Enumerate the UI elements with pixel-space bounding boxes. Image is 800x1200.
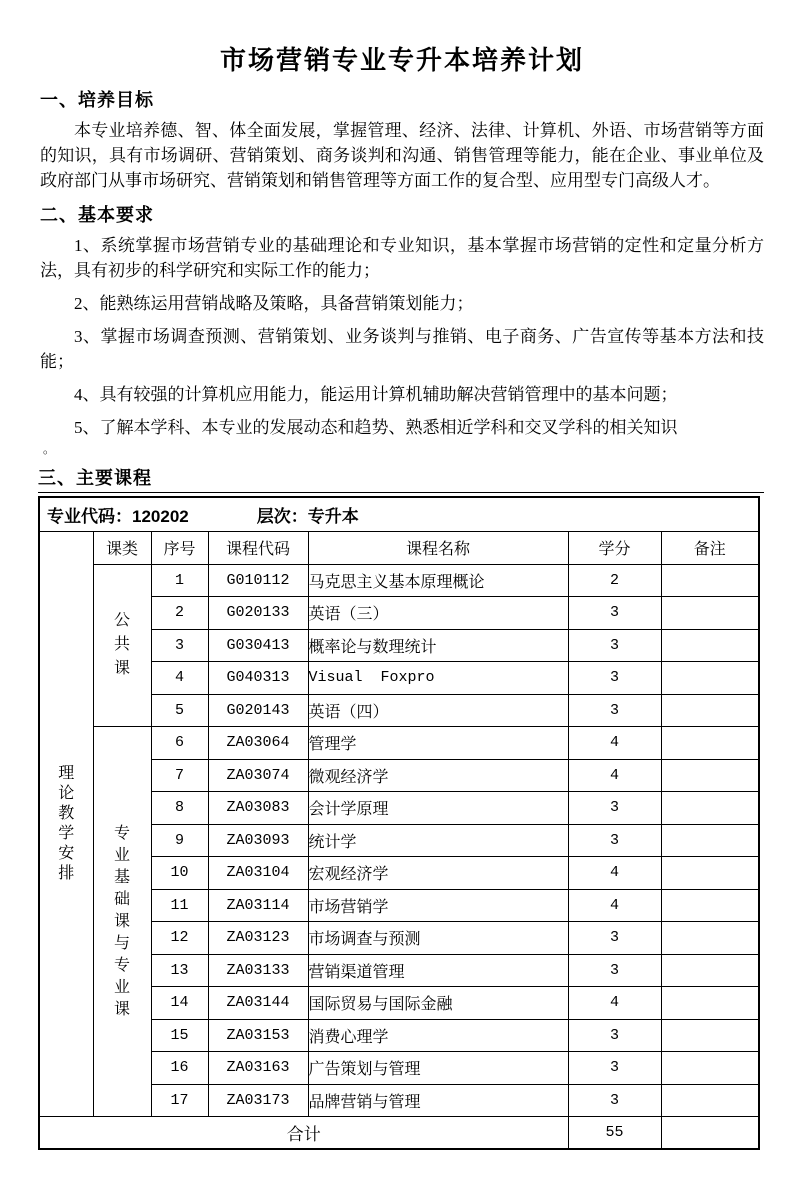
cell-num: 11 (151, 889, 208, 922)
cell-name: 英语（三） (308, 597, 568, 630)
cell-code: ZA03133 (208, 954, 308, 987)
section-requirements-heading: 二、基本要求 (40, 205, 764, 225)
cell-num: 17 (151, 1084, 208, 1117)
document-title: 市场营销专业专升本培养计划 (40, 46, 764, 74)
cell-num: 1 (151, 564, 208, 597)
cell-credits: 2 (568, 564, 661, 597)
cell-credits: 3 (568, 629, 661, 662)
cell-credits: 3 (568, 792, 661, 825)
cell-note (661, 662, 759, 695)
cell-note (661, 954, 759, 987)
level-value: 专升本 (308, 507, 359, 526)
header-seq-no: 序号 (151, 531, 208, 564)
cell-name: 广告策划与管理 (308, 1052, 568, 1085)
cell-num: 12 (151, 922, 208, 955)
cell-name: 品牌营销与管理 (308, 1084, 568, 1117)
cell-code: ZA03104 (208, 857, 308, 890)
cell-note (661, 1019, 759, 1052)
table-meta-row: 专业代码：120202层次：专升本 (39, 497, 759, 531)
cell-name: 宏观经济学 (308, 857, 568, 890)
cell-code: ZA03153 (208, 1019, 308, 1052)
cell-note (661, 629, 759, 662)
cell-credits: 3 (568, 694, 661, 727)
cell-note (661, 857, 759, 890)
course-group-label-1: 专业基础课与专业课 (93, 727, 151, 1117)
course-row-1: 公共课1G010112马克思主义基本原理概论2 (39, 564, 759, 597)
cell-note (661, 727, 759, 760)
cell-credits: 3 (568, 824, 661, 857)
cell-code: G030413 (208, 629, 308, 662)
cell-note (661, 824, 759, 857)
header-course-type: 课类 (93, 531, 151, 564)
cell-credits: 4 (568, 987, 661, 1020)
section-courses-heading: 三、主要课程 (38, 468, 764, 493)
cell-num: 16 (151, 1052, 208, 1085)
cell-num: 2 (151, 597, 208, 630)
cell-name: 消费心理学 (308, 1019, 568, 1052)
section-objectives-heading: 一、培养目标 (40, 90, 764, 110)
requirement-item-5: 5、了解本学科、本专业的发展动态和趋势、熟悉相近学科和交叉学科的相关知识 (40, 415, 764, 440)
cell-note (661, 1084, 759, 1117)
cell-num: 5 (151, 694, 208, 727)
cell-code: ZA03064 (208, 727, 308, 760)
cell-note (661, 1052, 759, 1085)
cell-note (661, 922, 759, 955)
cell-credits: 3 (568, 922, 661, 955)
table-header-row: 理论教学安排 课类 序号 课程代码 课程名称 学分 备注 (39, 531, 759, 564)
cell-credits: 4 (568, 759, 661, 792)
cell-code: ZA03093 (208, 824, 308, 857)
cell-name: 微观经济学 (308, 759, 568, 792)
cell-num: 4 (151, 662, 208, 695)
cell-num: 10 (151, 857, 208, 890)
header-credits: 学分 (568, 531, 661, 564)
wrapped-period: 。 (43, 443, 764, 456)
side-label-theory-teaching: 理论教学安排 (39, 531, 93, 1117)
cell-note (661, 597, 759, 630)
cell-name: 概率论与数理统计 (308, 629, 568, 662)
cell-num: 15 (151, 1019, 208, 1052)
cell-code: ZA03074 (208, 759, 308, 792)
cell-name: 英语（四） (308, 694, 568, 727)
cell-credits: 3 (568, 662, 661, 695)
header-notes: 备注 (661, 531, 759, 564)
cell-code: G010112 (208, 564, 308, 597)
requirements-list: 1、系统掌握市场营销专业的基础理论和专业知识，基本掌握市场营销的定性和定量分析方… (40, 233, 764, 440)
cell-name: 市场营销学 (308, 889, 568, 922)
objectives-paragraph: 本专业培养德、智、体全面发展，掌握管理、经济、法律、计算机、外语、市场营销等方面… (40, 118, 764, 193)
cell-note (661, 759, 759, 792)
cell-credits: 3 (568, 597, 661, 630)
cell-code: G040313 (208, 662, 308, 695)
cell-code: ZA03163 (208, 1052, 308, 1085)
total-label: 合计 (39, 1117, 568, 1149)
cell-num: 3 (151, 629, 208, 662)
course-table: 专业代码：120202层次：专升本 理论教学安排 课类 序号 课程代码 课程名称… (38, 496, 760, 1150)
cell-credits: 3 (568, 1084, 661, 1117)
cell-note (661, 564, 759, 597)
cell-credits: 4 (568, 727, 661, 760)
cell-num: 14 (151, 987, 208, 1020)
cell-code: ZA03173 (208, 1084, 308, 1117)
cell-num: 6 (151, 727, 208, 760)
header-course-name: 课程名称 (308, 531, 568, 564)
meta-cell: 专业代码：120202层次：专升本 (39, 497, 759, 531)
cell-name: 国际贸易与国际金融 (308, 987, 568, 1020)
level-label: 层次： (257, 507, 308, 526)
header-course-code: 课程代码 (208, 531, 308, 564)
major-code-label: 专业代码： (47, 507, 132, 526)
cell-note (661, 694, 759, 727)
cell-name: 统计学 (308, 824, 568, 857)
requirement-item-4: 4、具有较强的计算机应用能力，能运用计算机辅助解决营销管理中的基本问题； (40, 382, 764, 407)
cell-credits: 3 (568, 954, 661, 987)
requirement-item-2: 2、能熟练运用营销战略及策略，具备营销策划能力； (40, 291, 764, 316)
cell-note (661, 987, 759, 1020)
cell-code: ZA03144 (208, 987, 308, 1020)
total-note (661, 1117, 759, 1149)
cell-name: 市场调查与预测 (308, 922, 568, 955)
requirement-item-1: 1、系统掌握市场营销专业的基础理论和专业知识，基本掌握市场营销的定性和定量分析方… (40, 233, 764, 283)
cell-code: ZA03123 (208, 922, 308, 955)
cell-code: G020143 (208, 694, 308, 727)
cell-name: 营销渠道管理 (308, 954, 568, 987)
cell-num: 7 (151, 759, 208, 792)
cell-name: 管理学 (308, 727, 568, 760)
cell-note (661, 792, 759, 825)
cell-num: 9 (151, 824, 208, 857)
cell-num: 8 (151, 792, 208, 825)
cell-credits: 4 (568, 889, 661, 922)
document-page: 市场营销专业专升本培养计划 一、培养目标 本专业培养德、智、体全面发展，掌握管理… (0, 0, 800, 1200)
cell-credits: 3 (568, 1019, 661, 1052)
cell-note (661, 889, 759, 922)
cell-code: G020133 (208, 597, 308, 630)
cell-num: 13 (151, 954, 208, 987)
cell-code: ZA03114 (208, 889, 308, 922)
major-code-value: 120202 (132, 507, 189, 526)
cell-credits: 3 (568, 1052, 661, 1085)
total-credits: 55 (568, 1117, 661, 1149)
requirement-item-3: 3、掌握市场调查预测、营销策划、业务谈判与推销、电子商务、广告宣传等基本方法和技… (40, 324, 764, 374)
cell-name: Visual Foxpro (308, 662, 568, 695)
course-group-label-0: 公共课 (93, 564, 151, 727)
cell-code: ZA03083 (208, 792, 308, 825)
cell-name: 马克思主义基本原理概论 (308, 564, 568, 597)
cell-credits: 4 (568, 857, 661, 890)
course-row-6: 专业基础课与专业课6ZA03064管理学4 (39, 727, 759, 760)
table-total-row: 合计 55 (39, 1117, 759, 1149)
cell-name: 会计学原理 (308, 792, 568, 825)
